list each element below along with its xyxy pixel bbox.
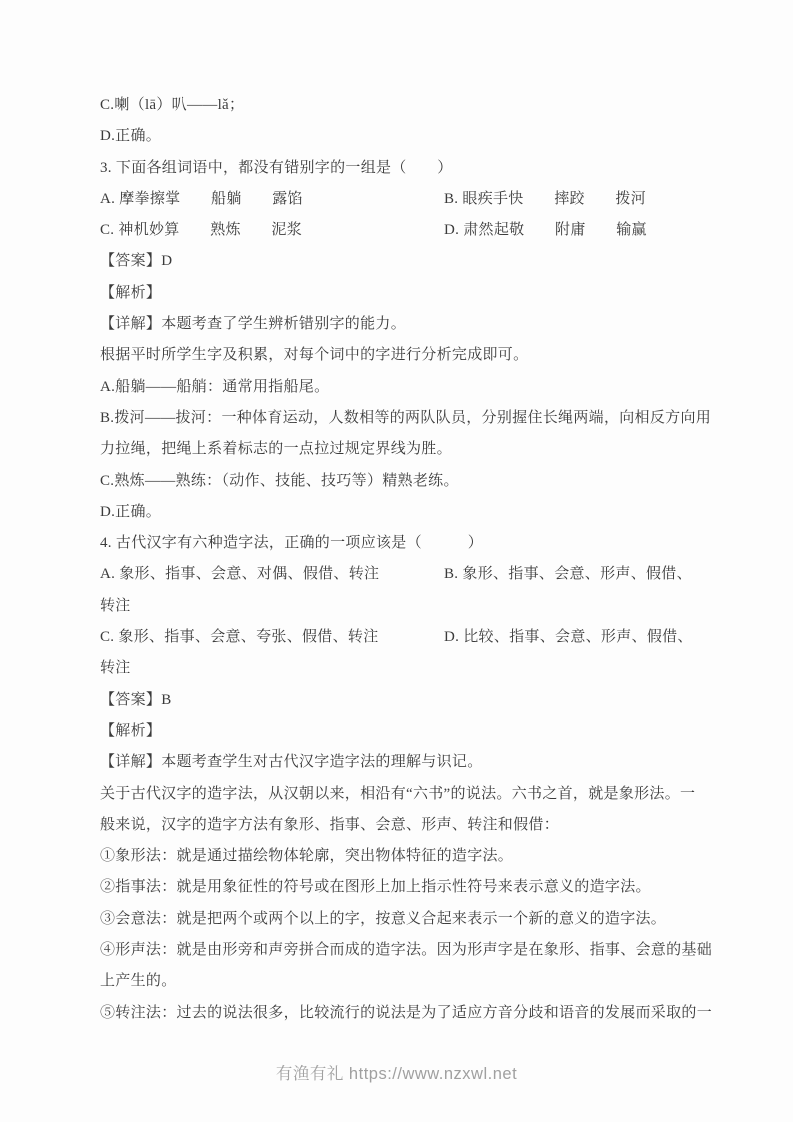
- method-phono-semantic-line2: 上产生的。: [100, 966, 698, 997]
- question4-analysis-label: 【解析】: [100, 716, 698, 747]
- question2-option-c: C.喇（lā）叭——lǎ；: [100, 90, 698, 121]
- question3-answer: 【答案】D: [100, 246, 698, 277]
- question3-options-row-ab: A. 摩拳擦掌 船躺 露馅 B. 眼疾手快 摔跤 拨河: [100, 184, 698, 215]
- method-transfer-line1: ⑤转注法：过去的说法很多，比较流行的说法是为了适应方音分歧和语音的发展而采取的一: [100, 998, 698, 1029]
- method-phono-semantic-line1: ④形声法：就是由形旁和声旁拼合而成的造字法。因为形声字是在象形、指事、会意的基础: [100, 935, 698, 966]
- question3-explanation-d: D.正确。: [100, 497, 698, 528]
- question3-explanation-b-line1: B.拨河——拔河：一种体育运动，人数相等的两队队员，分别握住长绳两端，向相反方向…: [100, 403, 698, 434]
- document-page: C.喇（lā）叭——lǎ； D.正确。 3. 下面各组词语中，都没有错别字的一组…: [0, 0, 793, 1122]
- question3-option-c: C. 神机妙算 熟炼 泥浆: [100, 215, 444, 246]
- method-compound-ideograph: ③会意法：就是把两个或两个以上的字，按意义合起来表示一个新的意义的造字法。: [100, 904, 698, 935]
- question3-options-row-cd: C. 神机妙算 熟炼 泥浆 D. 肃然起敬 附庸 输赢: [100, 215, 698, 246]
- question4-stem: 4. 古代汉字有六种造字法，正确的一项应该是（ ）: [100, 528, 698, 559]
- question3-detail-heading: 【详解】本题考查了学生辨析错别字的能力。: [100, 309, 698, 340]
- question4-answer: 【答案】B: [100, 685, 698, 716]
- question4-option-d: D. 比较、指事、会意、形声、假借、: [444, 622, 698, 653]
- question3-explanation-a: A.船躺——船艄：通常用指船尾。: [100, 372, 698, 403]
- question4-paragraph-line1: 关于古代汉字的造字法，从汉朝以来，相沿有“六书”的说法。六书之首，就是象形法。一: [100, 779, 698, 810]
- question3-analysis-label: 【解析】: [100, 278, 698, 309]
- question3-stem: 3. 下面各组词语中，都没有错别字的一组是（ ）: [100, 153, 698, 184]
- question3-explanation-c: C.熟炼——熟练：（动作、技能、技巧等）精熟老练。: [100, 466, 698, 497]
- question3-detail-paragraph: 根据平时所学生字及积累，对每个词中的字进行分析完成即可。: [100, 340, 698, 371]
- question4-options-row-cd: C. 象形、指事、会意、夸张、假借、转注 D. 比较、指事、会意、形声、假借、: [100, 622, 698, 653]
- question4-option-a: A. 象形、指事、会意、对偶、假借、转注: [100, 559, 444, 590]
- question3-option-b: B. 眼疾手快 摔跤 拨河: [444, 184, 698, 215]
- method-indicative: ②指事法：就是用象征性的符号或在图形上加上指示性符号来表示意义的造字法。: [100, 872, 698, 903]
- method-pictograph: ①象形法：就是通过描绘物体轮廓，突出物体特征的造字法。: [100, 841, 698, 872]
- question3-option-d: D. 肃然起敬 附庸 输赢: [444, 215, 698, 246]
- question2-option-d: D.正确。: [100, 121, 698, 152]
- document-body: C.喇（lā）叭——lǎ； D.正确。 3. 下面各组词语中，都没有错别字的一组…: [100, 90, 698, 1029]
- question4-option-c: C. 象形、指事、会意、夸张、假借、转注: [100, 622, 444, 653]
- question4-option-b: B. 象形、指事、会意、形声、假借、: [444, 559, 698, 590]
- question3-explanation-b-line2: 力拉绳，把绳上系着标志的一点拉过规定界线为胜。: [100, 434, 698, 465]
- question3-option-a: A. 摩拳擦掌 船躺 露馅: [100, 184, 444, 215]
- question4-option-b-continuation: 转注: [100, 591, 698, 622]
- question4-option-d-continuation: 转注: [100, 653, 698, 684]
- question4-detail-heading: 【详解】本题考查学生对古代汉字造字法的理解与识记。: [100, 747, 698, 778]
- question4-options-row-ab: A. 象形、指事、会意、对偶、假借、转注 B. 象形、指事、会意、形声、假借、: [100, 559, 698, 590]
- question4-paragraph-line2: 般来说，汉字的造字方法有象形、指事、会意、形声、转注和假借：: [100, 810, 698, 841]
- footer-watermark: 有渔有礼 https://www.nzxwl.net: [0, 1060, 793, 1084]
